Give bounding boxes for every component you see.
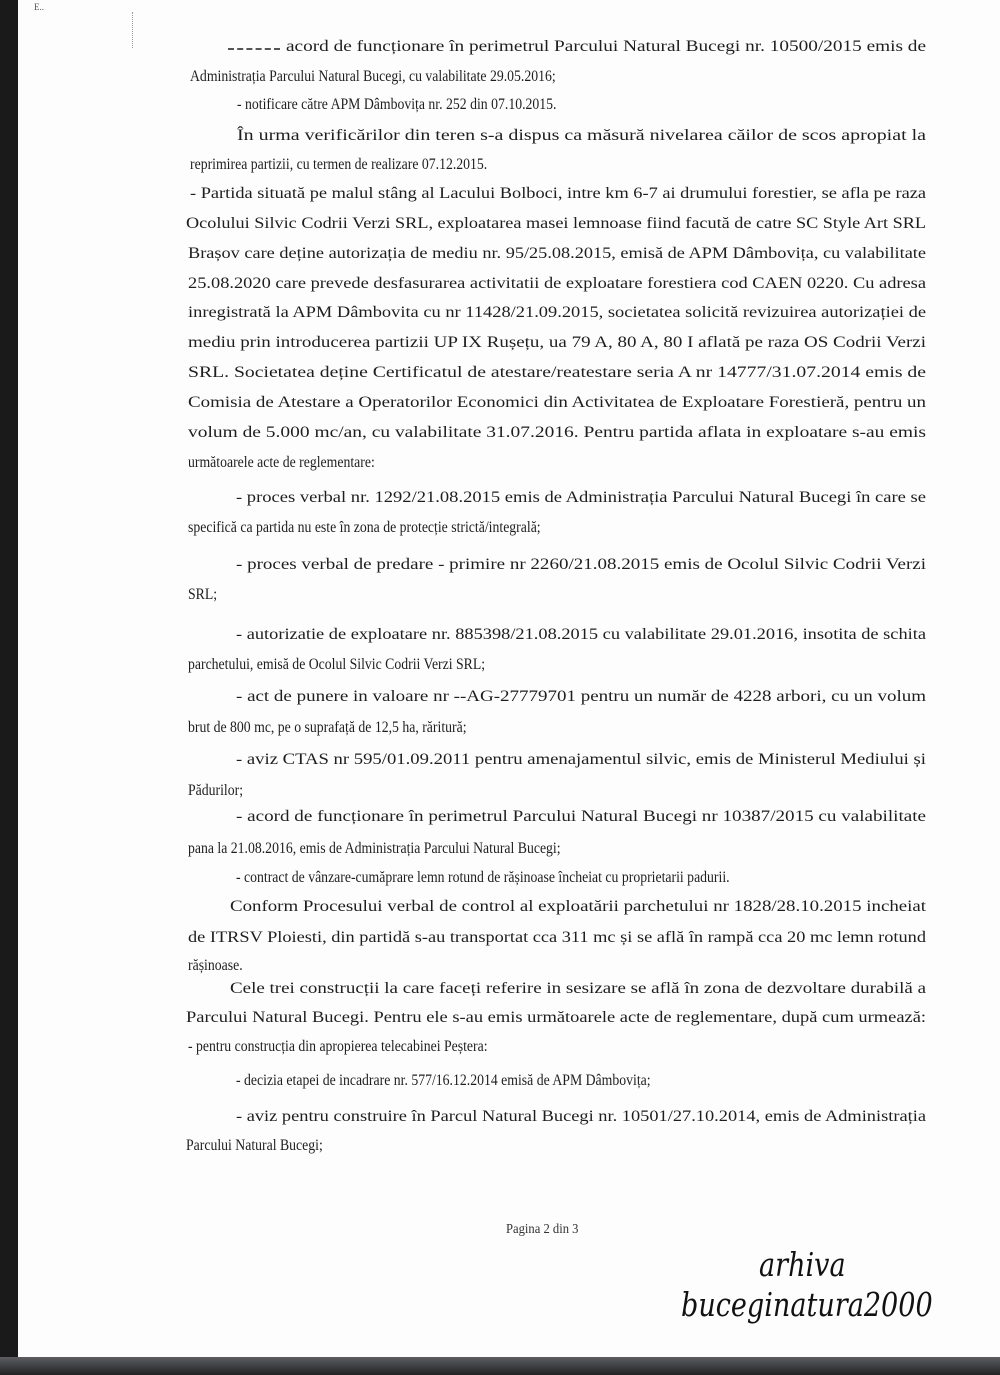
text-line: Brașov care deține autorizația de mediu … [188, 245, 926, 263]
scan-artifact [132, 12, 134, 48]
text-line: rășinoase. [188, 957, 243, 975]
text-line: Ocolului Silvic Codrii Verzi SRL, exploa… [186, 215, 926, 233]
text-line: Parcului Natural Bucegi; [186, 1137, 323, 1155]
text-line: inregistrată la APM Dâmbovita cu nr 1142… [188, 304, 926, 322]
text-line: parchetului, emisă de Ocolul Silvic Codr… [188, 656, 485, 674]
scan-mark: E.. [34, 2, 44, 12]
text-line: - notificare către APM Dâmbovița nr. 252… [237, 96, 556, 114]
text-line: - pentru construcția din apropierea tele… [188, 1038, 488, 1056]
text-line: pana la 21.08.2016, emis de Administrați… [188, 840, 561, 858]
text-line: 25.08.2020 care prevede desfasurarea act… [188, 275, 926, 293]
text-line: - autorizatie de exploatare nr. 885398/2… [236, 626, 926, 644]
text-line: Pădurilor; [188, 782, 243, 800]
text-line: acord de funcționare în perimetrul Parcu… [286, 38, 926, 56]
text-line: - decizia etapei de incadrare nr. 577/16… [236, 1072, 651, 1090]
text-line: SRL; [188, 586, 217, 604]
text-line: Cele trei construcții la care faceți ref… [230, 980, 926, 998]
text-line: - proces verbal de predare - primire nr … [236, 556, 926, 574]
scan-artifact-dash [228, 48, 280, 52]
text-line: - Partida situată pe malul stâng al Lacu… [190, 185, 926, 203]
text-line: Conform Procesului verbal de control al … [230, 898, 926, 916]
text-line: - aviz pentru construire în Parcul Natur… [236, 1108, 926, 1126]
text-line: Comisia de Atestare a Operatorilor Econo… [188, 394, 926, 412]
text-line: - aviz CTAS nr 595/01.09.2011 pentru ame… [236, 751, 926, 769]
watermark-line-2: buceginatura2000 [681, 1285, 933, 1324]
text-line: brut de 800 mc, pe o suprafață de 12,5 h… [188, 719, 467, 737]
text-line: volum de 5.000 mc/an, cu valabilitate 31… [188, 424, 926, 442]
text-line: de ITRSV Ploiesti, din partidă s-au tran… [188, 929, 926, 947]
text-line: Administrația Parcului Natural Bucegi, c… [190, 68, 556, 86]
document-page: E.. acord de funcționare în perimetrul P… [18, 0, 1000, 1357]
text-line: - act de punere in valoare nr --AG-27779… [236, 688, 926, 706]
page-number: Pagina 2 din 3 [506, 1222, 578, 1238]
text-line: SRL. Societatea deține Certificatul de a… [188, 364, 926, 382]
text-line: Parcului Natural Bucegi. Pentru ele s-au… [186, 1009, 926, 1027]
scan-border [0, 1357, 1000, 1375]
text-line: reprimirea partizii, cu termen de realiz… [190, 156, 487, 174]
text-line: - contract de vânzare-cumăprare lemn rot… [236, 869, 730, 887]
text-line: - proces verbal nr. 1292/21.08.2015 emis… [236, 489, 926, 507]
text-line: - acord de funcționare în perimetrul Par… [236, 808, 926, 826]
text-line: specifică ca partida nu este în zona de … [188, 519, 541, 537]
text-line: următoarele acte de reglementare: [188, 454, 375, 472]
text-line: mediu prin introducerea partizii UP IX R… [188, 334, 926, 352]
watermark-line-1: arhiva [759, 1245, 846, 1284]
text-line: În urma verificărilor din teren s-a disp… [237, 127, 926, 145]
